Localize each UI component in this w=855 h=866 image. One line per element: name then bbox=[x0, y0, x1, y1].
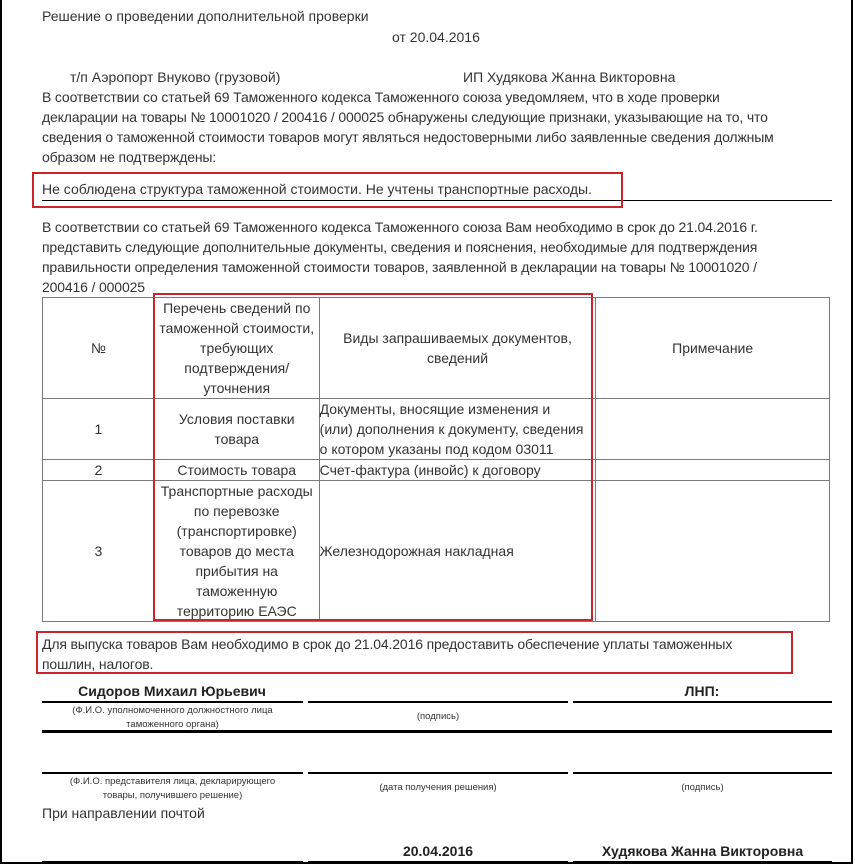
lnp-label: ЛНП: bbox=[572, 683, 832, 699]
declarant-name: ИП Худякова Жанна Викторовна bbox=[463, 67, 675, 87]
receipt-date-line bbox=[308, 772, 568, 774]
row-num: 3 bbox=[43, 481, 155, 622]
representative-name-line bbox=[42, 772, 303, 774]
document-date: от 20.04.2016 bbox=[392, 27, 480, 47]
request-line: представить следующие дополнительные док… bbox=[42, 237, 842, 257]
officer-name-line bbox=[42, 701, 303, 703]
notice-paragraph: В соответствии со статьей 69 Таможенного… bbox=[42, 87, 842, 167]
row-num: 2 bbox=[43, 460, 155, 481]
mail-label: При направлении почтой bbox=[42, 803, 205, 823]
header-num: № bbox=[43, 298, 155, 399]
lnp-line bbox=[573, 701, 832, 703]
officer-signature-line bbox=[308, 701, 568, 703]
officer-signature-caption: (подпись) bbox=[308, 710, 568, 724]
officer-caption-line: (Ф.И.О. уполномоченного должностного лиц… bbox=[42, 704, 303, 718]
document-title: Решение о проведении дополнительной пров… bbox=[42, 6, 369, 26]
customs-post: т/п Аэропорт Внуково (грузовой) bbox=[70, 67, 280, 87]
mail-line-1 bbox=[42, 861, 303, 863]
highlight-box-finding bbox=[32, 172, 623, 208]
highlight-box-table-columns bbox=[153, 293, 593, 621]
highlight-box-release bbox=[36, 631, 793, 674]
mail-line-2 bbox=[308, 861, 568, 863]
representative-caption-line: (Ф.И.О. представителя лица, декларирующе… bbox=[42, 775, 303, 789]
section-divider bbox=[42, 730, 832, 733]
mail-line-3 bbox=[573, 861, 832, 863]
request-paragraph: В соответствии со статьей 69 Таможенного… bbox=[42, 217, 842, 297]
notice-line: сведения о таможенной стоимости товаров … bbox=[42, 127, 842, 147]
notice-line: образом не подтверждены: bbox=[42, 147, 842, 167]
representative-signature-line bbox=[573, 772, 832, 774]
receipt-date-caption: (дата получения решения) bbox=[308, 781, 568, 795]
mail-date: 20.04.2016 bbox=[308, 843, 568, 859]
officer-caption: (Ф.И.О. уполномоченного должностного лиц… bbox=[42, 704, 303, 732]
request-line: правильности определения таможенной стои… bbox=[42, 257, 842, 277]
request-line: В соответствии со статьей 69 Таможенного… bbox=[42, 217, 842, 237]
notice-line: В соответствии со статьей 69 Таможенного… bbox=[42, 87, 842, 107]
row-num: 1 bbox=[43, 399, 155, 460]
row-note bbox=[596, 481, 830, 622]
header-note: Примечание bbox=[596, 298, 830, 399]
representative-caption-line: товары, получившего решение) bbox=[42, 789, 303, 803]
officer-name: Сидоров Михаил Юрьевич bbox=[42, 683, 302, 699]
notice-line: декларации на товары № 10001020 / 200416… bbox=[42, 107, 842, 127]
representative-signature-caption: (подпись) bbox=[573, 781, 832, 795]
row-note bbox=[596, 399, 830, 460]
mail-name: Худякова Жанна Викторовна bbox=[573, 843, 832, 859]
row-note bbox=[596, 460, 830, 481]
representative-caption: (Ф.И.О. представителя лица, декларирующе… bbox=[42, 775, 303, 803]
